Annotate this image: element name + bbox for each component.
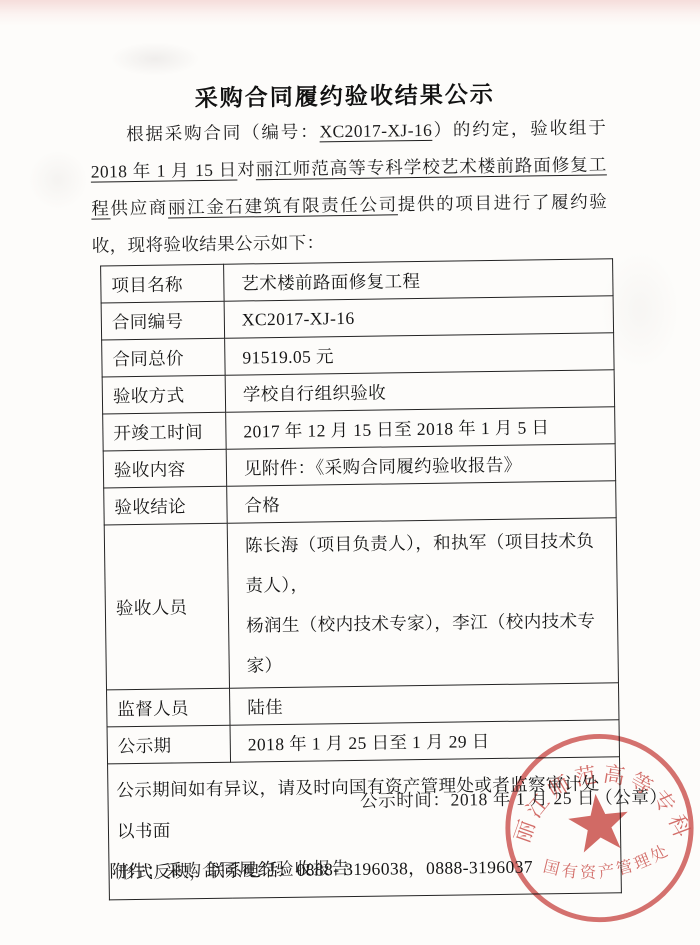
plain-text: ）的约定，验收组于 bbox=[432, 117, 606, 139]
underlined-text: XC2017-XJ-16 bbox=[319, 120, 432, 142]
row-value: XC2017-XJ-16 bbox=[224, 296, 613, 338]
row-label: 合同总价 bbox=[102, 338, 226, 377]
plain-text: 供应商 bbox=[110, 198, 168, 219]
intro-paragraph: 根据采购合同（编号：XC2017-XJ-16）的约定，验收组于 2018 年 1… bbox=[90, 109, 608, 264]
plain-text: 根据采购合同（编号： bbox=[126, 121, 320, 144]
row-value: 91519.05 元 bbox=[225, 333, 614, 375]
row-label: 验收结论 bbox=[104, 486, 228, 525]
row-value: 陆佳 bbox=[229, 683, 618, 725]
row-label: 验收内容 bbox=[103, 449, 227, 488]
row-value: 艺术楼前路面修复工程 bbox=[224, 259, 613, 301]
table-row: 验收人员陈长海（项目负责人），和执军（项目技术负责人），杨润生（校内技术专家），… bbox=[104, 518, 618, 690]
row-value: 见附件：《采购合同履约验收报告》 bbox=[226, 444, 615, 486]
row-label: 开竣工时间 bbox=[103, 412, 227, 451]
attachment-line: 附件：采购合同履约验收报告 bbox=[109, 855, 350, 883]
row-value: 2018 年 1 月 25 日至 1 月 29 日 bbox=[230, 720, 619, 762]
row-value: 2017 年 12 月 15 日至 2018 年 1 月 5 日 bbox=[226, 407, 615, 449]
row-label: 验收方式 bbox=[102, 375, 226, 414]
scanned-document-page: 采购合同履约验收结果公示 根据采购合同（编号：XC2017-XJ-16）的约定，… bbox=[0, 0, 700, 945]
row-value: 学校自行组织验收 bbox=[225, 370, 614, 412]
underlined-text: 丽江金石建筑有限责任公司 bbox=[168, 194, 398, 217]
plain-text: 对 bbox=[237, 159, 256, 179]
underlined-text: 2018 年 1 月 15 日 bbox=[91, 160, 238, 182]
row-label: 项目名称 bbox=[101, 264, 225, 303]
row-label: 合同编号 bbox=[101, 301, 225, 340]
row-label: 监督人员 bbox=[107, 688, 231, 727]
row-value-line: 陈长海（项目负责人），和执军（项目技术负责人）， bbox=[245, 520, 609, 605]
row-value: 合格 bbox=[227, 481, 616, 523]
row-value-line: 杨润生（校内技术专家），李江（校内技术专家） bbox=[246, 600, 610, 685]
row-label: 验收人员 bbox=[104, 523, 229, 690]
row-value: 陈长海（项目负责人），和执军（项目技术负责人），杨润生（校内技术专家），李江（校… bbox=[227, 518, 618, 688]
row-label: 公示期 bbox=[107, 725, 231, 764]
document-content: 采购合同履约验收结果公示 根据采购合同（编号：XC2017-XJ-16）的约定，… bbox=[0, 0, 700, 945]
